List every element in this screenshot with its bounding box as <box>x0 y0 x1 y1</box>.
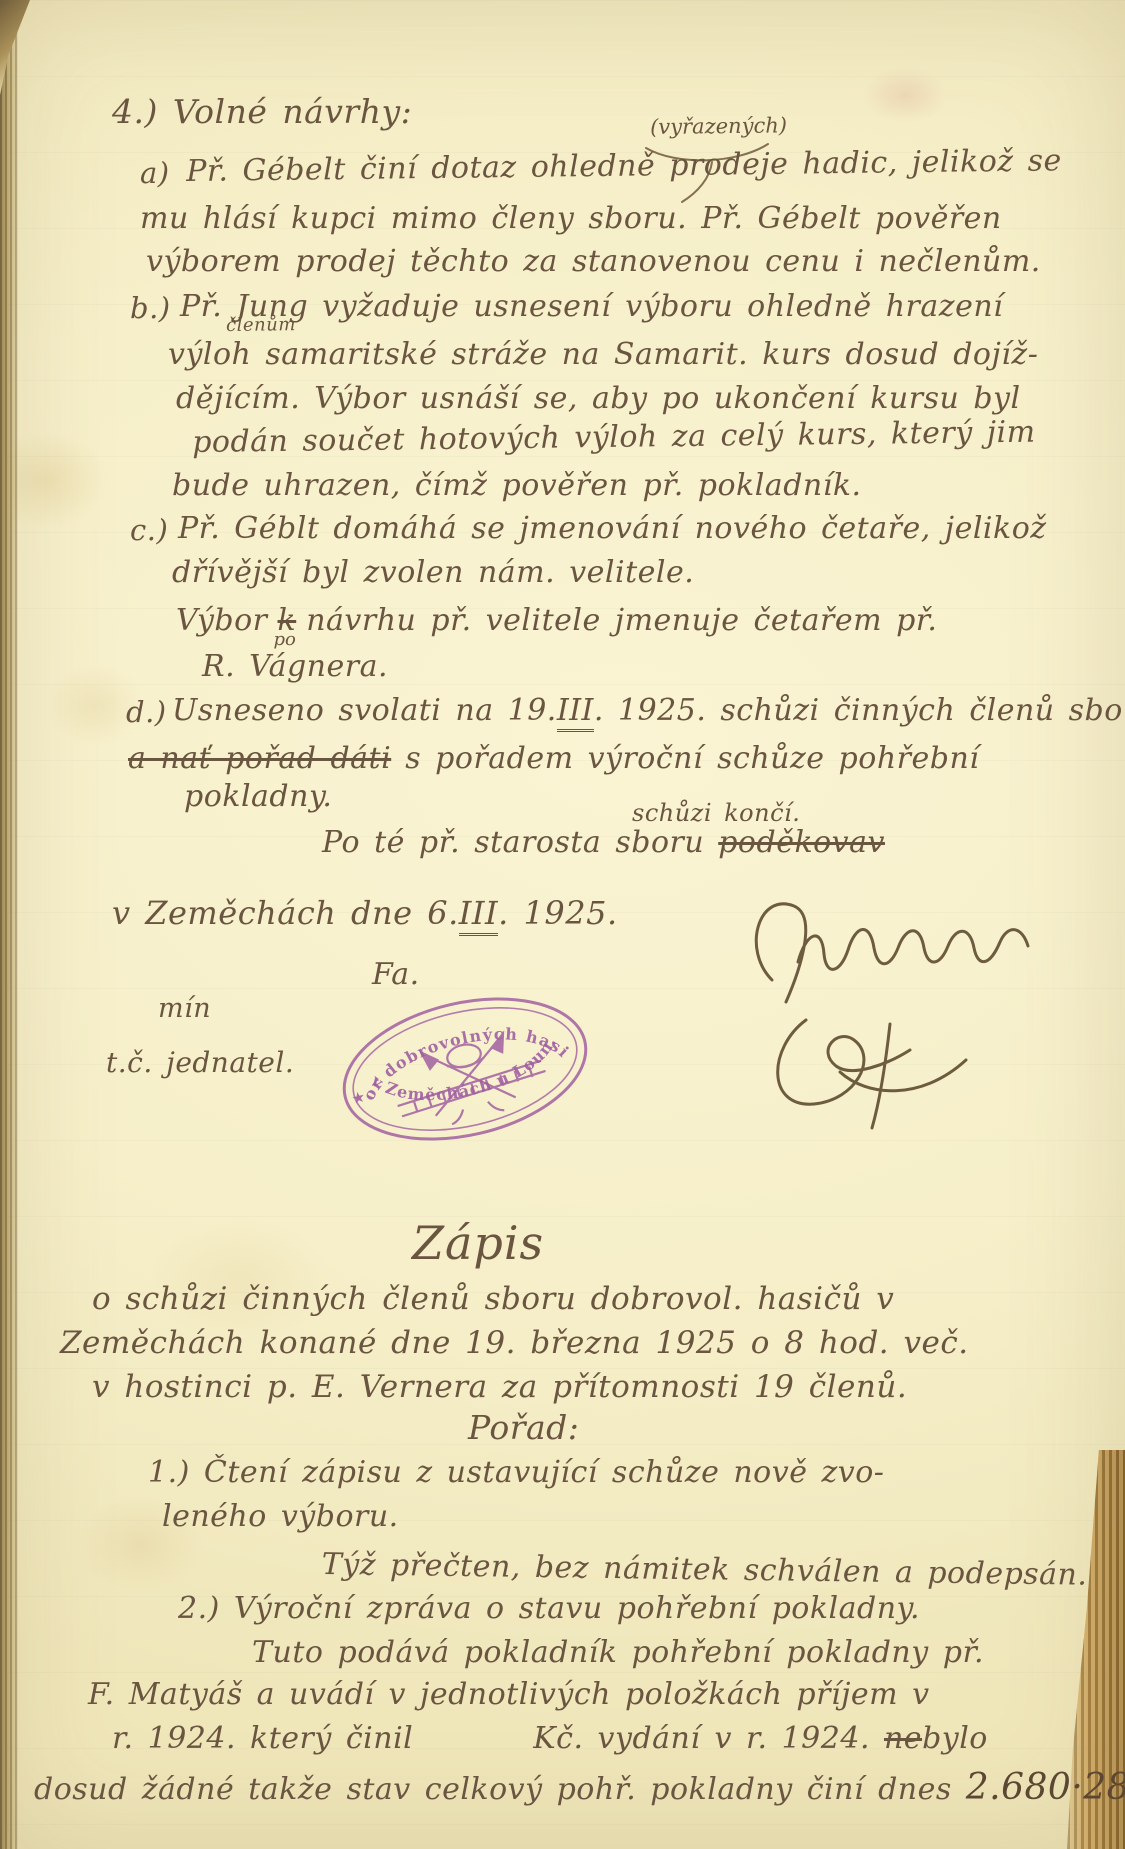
agenda-item-2-line-3: F. Matyáš a uvádí v jednotlivých položká… <box>88 1678 930 1711</box>
balance-statement: dosud žádné takže stav celkový pohř. pok… <box>34 1772 952 1807</box>
item-b-line-2: výloh samaritské stráže na Samarit. kurs… <box>168 338 1038 371</box>
closing-inserted-words: schůzi končí. <box>632 800 800 826</box>
dateline-post: . 1925. <box>498 894 617 932</box>
item-c-inserted-word: po <box>274 630 296 650</box>
agenda-item-1-line-3: Týž přečten, bez námitek schválen a pode… <box>322 1548 1088 1592</box>
item-d-line-1: Usneseno svolati na 19.III. 1925. schůzi… <box>172 694 1125 727</box>
item-a-line-2: mu hlásí kupci mimo členy sboru. Př. Géb… <box>140 202 1002 235</box>
item-c-line-3-post: návrhu př. velitele jmenuje četařem př. <box>306 603 937 638</box>
item-c-correction: kpo <box>278 604 297 637</box>
item-b-line-1: Př. Jung vyžaduje usnesení výboru ohledn… <box>180 290 1003 323</box>
agenda-item-2-line-2: Tuto podává pokladník pohřební pokladny … <box>252 1636 984 1669</box>
item-b-line-4: podán součet hotových výloh za celý kurs… <box>192 416 1036 459</box>
item-d-line-2: a nať pořad dátis pořadem výroční schůze… <box>128 742 979 775</box>
secretary-title: t.č. jednatel. <box>106 1048 294 1079</box>
signature-second <box>740 996 1000 1141</box>
signature-chairman <box>728 862 1048 1017</box>
agenda-item-2-line-5: dosud žádné takže stav celkový pohř. pok… <box>34 1768 1125 1808</box>
item-d-label: d.) <box>126 697 167 729</box>
item-b-line-3: dějícím. Výbor usnáší se, aby po ukončen… <box>176 382 1021 415</box>
zapis-intro-line-3: v hostinci p. E. Vernera za přítomnosti … <box>92 1370 907 1404</box>
item-c-line-3: Výborkponávrhu př. velitele jmenuje četa… <box>176 604 937 637</box>
dateline-pre: v Zeměchách dne 6. <box>112 894 459 932</box>
stamp-outer-border <box>330 977 599 1161</box>
item-b-label: b.) <box>130 293 171 325</box>
nebylo-word: nebylo <box>884 1721 988 1756</box>
item-b-line-5: bude uhrazen, čímž pověřen př. pokladník… <box>172 469 862 502</box>
zapis-intro-line-2: Zeměchách konané dne 19. března 1925 o 8… <box>60 1326 969 1360</box>
item-d-struck-words: a nať pořad dáti <box>128 741 391 776</box>
closing-line-pre: Po té př. starosta sboru <box>322 825 704 860</box>
dateline-roman-numeral: III <box>459 894 498 936</box>
secretary-initials: mín <box>158 994 211 1024</box>
binding-edge <box>0 0 18 1849</box>
item-a-line-3: výborem prodej těchto za stanovenou cenu… <box>146 245 1041 278</box>
agenda-item-2-line-4: r. 1924. který činilKč. vydání v r. 1924… <box>112 1722 988 1755</box>
annotation-vyrazenych: (vyřazených) <box>650 114 787 139</box>
zapis-title: Zápis <box>412 1218 544 1269</box>
income-1924-label: r. 1924. který činil <box>112 1721 413 1756</box>
agenda-item-1-line-1: 1.) Čtení zápisu z ustavující schůze nov… <box>148 1456 884 1489</box>
item-d-line-1-post: . 1925. schůzi činných členů sboru <box>594 693 1125 728</box>
agenda-item-2-line-1: 2.) Výroční zpráva o stavu pohřební pokl… <box>178 1592 920 1625</box>
agenda-item-1-line-2: leného výboru. <box>162 1500 399 1533</box>
nebylo-scribbled-part: ne <box>884 1721 922 1756</box>
nebylo-rest: bylo <box>922 1721 988 1756</box>
item-c-label: c.) <box>130 515 168 547</box>
closing-line: Po té př. starosta sboru poděkovav <box>322 826 885 859</box>
expenses-1924-label: Kč. vydání v r. 1924. <box>533 1721 870 1756</box>
item-c-line-3-pre: Výbor <box>176 603 268 638</box>
section-heading: 4.) Volné návrhy: <box>112 94 412 130</box>
item-c-line-2: dřívější byl zvolen nám. velitele. <box>172 556 694 589</box>
item-d-line-3: pokladny. <box>184 780 332 813</box>
handwritten-mark: Fa. <box>372 958 420 991</box>
item-b-insert-clenum: členům <box>226 315 296 336</box>
item-d-line-1-pre: Usneseno svolati na 19. <box>172 693 557 728</box>
balance-amount: 2.680·28 Kč, <box>966 1767 1125 1808</box>
agenda-heading: Pořad: <box>468 1410 579 1446</box>
item-d-roman-numeral: III <box>557 693 594 732</box>
dateline: v Zeměchách dne 6.III. 1925. <box>112 896 618 931</box>
item-a-label: a) <box>140 158 170 190</box>
item-c-line-1: Př. Géblt domáhá se jmenování nového čet… <box>178 512 1047 545</box>
item-c-line-4: R. Vágnera. <box>202 650 388 683</box>
closing-struck-word: poděkovav <box>718 825 885 860</box>
fire-brigade-stamp: Sbor dobrovolných hasičů v Zeměchách u L… <box>323 971 606 1167</box>
zapis-intro-line-1: o schůzi činných členů sboru dobrovol. h… <box>92 1282 894 1316</box>
ledger-page: 4.) Volné návrhy: (vyřazených) a) Př. Gé… <box>0 0 1125 1849</box>
item-a-line-1: Př. Gébelt činí dotaz ohledně prodeje ha… <box>186 144 1062 188</box>
item-d-line-2-rest: s pořadem výroční schůze pohřební <box>405 741 979 776</box>
